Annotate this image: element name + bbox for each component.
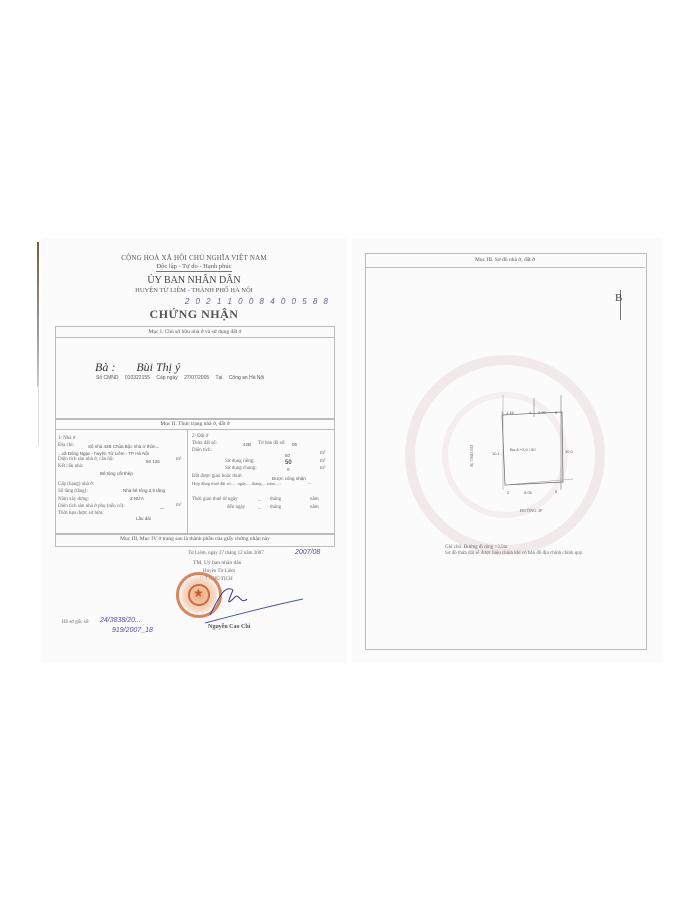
plot-label: Bư.8 +2,0 / 50	[510, 447, 535, 452]
section-footer-text: Mục III, Mục IV ở trang sau là thành phầ…	[56, 534, 334, 545]
term-to-year: năm	[310, 505, 319, 510]
aux-area-label: Diện tích sàn nhà ở phụ (nếu có):	[58, 504, 125, 509]
aux-area-value: —	[160, 506, 165, 511]
corner-3: 3	[555, 410, 557, 415]
serial-number-handwritten: 2 0 2 1 1 0 0 8 4 0 0 5 8 8	[170, 297, 330, 306]
term-to-label: đến ngày	[227, 505, 245, 510]
structure-label: Kết cấu nhà:	[58, 464, 83, 469]
record-number-line2: 919/2007_18	[112, 627, 153, 634]
contract-value: _	[308, 480, 311, 485]
nation-heading: CỘNG HOÀ XÃ HỘI CHỦ NGHĨA VIỆT NAM	[55, 254, 333, 262]
issued-at-label: Tại	[215, 375, 222, 381]
section2-divider	[187, 429, 188, 533]
binding-edge	[37, 242, 39, 387]
certificate-title: CHỨNG NHẬN	[55, 307, 333, 322]
owner-salutation: Bà :	[95, 360, 115, 374]
corner-2: 2	[507, 490, 509, 495]
private-value: 50	[285, 460, 292, 466]
area-value: 50	[285, 453, 290, 458]
record-label: Hồ sơ gốc số:	[62, 620, 90, 625]
term-value: Lâu dài	[136, 516, 151, 521]
handwritten-date: 2007/08	[295, 549, 320, 556]
term-label: Thời hạn được sở hữu:	[58, 511, 104, 516]
dim-right: 10.0	[565, 449, 573, 454]
road-side-label: ĐƯỜNG 3F	[469, 445, 474, 467]
year-label: Năm xây dựng:	[58, 497, 89, 502]
section2-title: Mục II. Thực trạng nhà ở, đất ở	[56, 419, 334, 430]
disclaimer-note: Sơ đồ thửa đất sẽ được hiệu chỉnh khi có…	[445, 551, 583, 557]
map-sheet-label: Thửa đất số:	[192, 441, 217, 446]
north-label: B	[615, 292, 622, 304]
dim-top-right: 3.90	[538, 410, 546, 415]
floors-value: 2 NỬA	[130, 496, 144, 501]
on-behalf: TM. Uỷ ban nhân dân	[193, 560, 241, 566]
house-heading: 1/ Nhà ở	[58, 436, 75, 441]
private-label: Sử dụng riêng:	[225, 459, 255, 464]
corner-5: 5	[555, 489, 557, 494]
grade-label: Cấp (hạng) nhà ở:	[58, 482, 94, 487]
area-label: Diện tích:	[192, 448, 212, 453]
section3-title: Mục III. Sơ đồ nhà ở, đất ở	[365, 253, 645, 268]
term-from-label: Thời gian thuê từ ngày	[192, 497, 238, 502]
road-bottom-label: ĐƯỜNG 3F	[520, 508, 542, 513]
id-number: 010322155	[125, 375, 150, 381]
dim-bottom: 5.05	[524, 490, 532, 495]
term-from-year: năm	[310, 497, 319, 502]
shared-label: Sử dụng chung:	[225, 466, 257, 471]
aux-area-unit: m²	[176, 503, 181, 508]
floor-area-label: Diện tích sàn nhà ở, căn hộ:	[58, 457, 114, 462]
parcel-value: 06	[292, 442, 297, 447]
structure-value: Bê tông cốt thép	[100, 471, 133, 476]
id-line: Số CMND 010322155 Cấp ngày 27/07/2005 Tạ…	[96, 375, 269, 381]
district-heading: HUYỆN TỪ LIÊM - THÀNH PHỐ HÀ NỘI	[55, 287, 333, 294]
floors-label: Số tầng (tầng):	[58, 489, 88, 494]
grade-value: Nhà bê tông 2,5 tầng	[123, 488, 165, 493]
owner-line: Bà : Bùi Thị ý	[95, 360, 180, 375]
term-to-value: _	[258, 505, 261, 510]
issued-at: Công an Hà Nội	[229, 375, 265, 381]
issued-date: 27/07/2005	[184, 375, 209, 381]
committee-heading: ỦY BAN NHÂN DÂN	[55, 275, 333, 286]
issued-label: Cấp ngày	[156, 375, 177, 381]
land-heading: 2/ Đất ở	[192, 434, 208, 439]
corner-1: 1	[501, 410, 503, 415]
term-from-value: _	[258, 497, 261, 502]
floor-area-unit: m²	[176, 457, 181, 462]
binding-edge-lower	[38, 386, 39, 446]
floor-area-value: 50 125	[146, 459, 160, 464]
origin-label: Đất được giao hoặc thuê:	[192, 474, 242, 479]
house-address-label: Địa chỉ:	[58, 443, 74, 448]
signature-stroke	[195, 575, 305, 625]
corner-4: 4	[529, 410, 531, 415]
area-unit: m²	[320, 451, 325, 456]
shared-unit: m²	[320, 466, 325, 471]
owner-name: Bùi Thị ý	[136, 360, 180, 374]
house-address-line1: Số nhà 42B Chùa Bộc nhà ở thôn...	[88, 444, 159, 449]
signer-name: Nguyễn Cao Chi	[208, 624, 250, 630]
motto: Độc lập - Tự do - Hạnh phúc	[55, 263, 333, 270]
motto-text: Độc lập - Tự do - Hạnh phúc	[156, 263, 231, 272]
record-number-line1: 24/3838/20...	[100, 617, 141, 624]
contract-label: Hợp đồng thuê đất số:.... ngày.... tháng…	[192, 481, 281, 486]
map-sheet-value: 42B	[243, 442, 251, 447]
private-unit: m²	[320, 459, 325, 464]
section1-title: Mục I. Chủ sở hữu nhà ở và sử dụng đất ở	[56, 327, 334, 338]
place-date: Từ Liêm, ngày 27 tháng 12 năm 2007	[188, 551, 264, 556]
parcel-label: Tờ bản đồ số:	[258, 441, 286, 446]
dim-left: 10.1	[492, 451, 500, 456]
house-address-line2: ...xã Đông Ngạc - huyện Từ Liêm - TP Hà …	[58, 451, 149, 456]
term-to-month: tháng	[270, 505, 281, 510]
dim-top-left: 1.16	[506, 410, 514, 415]
id-label: Số CMND	[96, 375, 119, 381]
term-from-month: tháng	[270, 497, 281, 502]
shared-value: 0	[287, 467, 290, 472]
plot-notes: Ghi chú: Đường đi rộng >3,5m Sơ đồ thửa …	[445, 545, 583, 557]
